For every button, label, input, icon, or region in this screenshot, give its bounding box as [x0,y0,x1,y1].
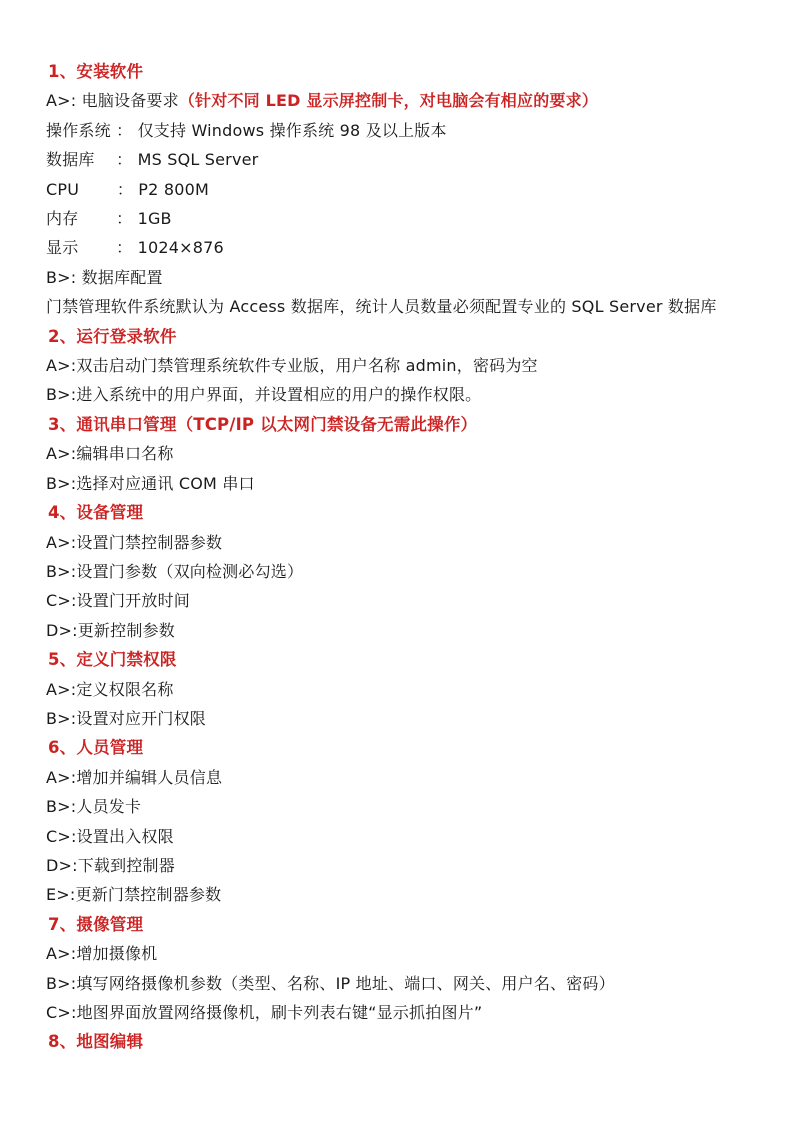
body-line: B>:设置门参数（双向检测必勾选） [46,557,758,586]
document-page: 1、安装软件A>: 电脑设备要求（针对不同 LED 显示屏控制卡，对电脑会有相应… [0,0,800,1131]
text-segment: A>:增加摄像机 [46,944,157,963]
body-line: A>: 电脑设备要求（针对不同 LED 显示屏控制卡，对电脑会有相应的要求） [46,86,758,115]
section-heading: 5、定义门禁权限 [46,645,758,674]
body-line: C>:设置出入权限 [46,822,758,851]
body-line: B>:人员发卡 [46,792,758,821]
text-segment: B>:设置门参数（双向检测必勾选） [46,562,303,581]
text-segment: 数据库 ： MS SQL Server [46,150,258,169]
text-segment: E>:更新门禁控制器参数 [46,885,221,904]
body-line: B>: 数据库配置 [46,263,758,292]
text-segment: B>:设置对应开门权限 [46,709,206,728]
body-line: A>:增加并编辑人员信息 [46,763,758,792]
text-segment: A>:增加并编辑人员信息 [46,768,222,787]
body-line: A>:定义权限名称 [46,675,758,704]
body-line: B>:设置对应开门权限 [46,704,758,733]
text-segment: B>:进入系统中的用户界面，并设置相应的用户的操作权限。 [46,385,481,404]
body-line: C>:地图界面放置网络摄像机，刷卡列表右键“显示抓拍图片” [46,998,758,1027]
text-segment: C>:地图界面放置网络摄像机，刷卡列表右键“显示抓拍图片” [46,1003,482,1022]
body-line: A>:编辑串口名称 [46,439,758,468]
body-line: A>:双击启动门禁管理系统软件专业版，用户名称 admin，密码为空 [46,351,758,380]
text-segment: 显示 ： 1024×876 [46,238,224,257]
text-segment: 内存 ： 1GB [46,209,172,228]
body-line: A>:增加摄像机 [46,939,758,968]
text-segment: C>:设置出入权限 [46,827,174,846]
body-line: C>:设置门开放时间 [46,586,758,615]
text-segment: C>:设置门开放时间 [46,591,190,610]
text-segment: CPU ： P2 800M [46,180,209,199]
body-line: E>:更新门禁控制器参数 [46,880,758,909]
body-line: 门禁管理软件系统默认为 Access 数据库，统计人员数量必须配置专业的 SQL… [46,292,758,321]
section-heading: 2、运行登录软件 [46,322,758,351]
body-line: 数据库 ： MS SQL Server [46,145,758,174]
document-body: 1、安装软件A>: 电脑设备要求（针对不同 LED 显示屏控制卡，对电脑会有相应… [0,0,800,1057]
section-heading: 7、摄像管理 [46,910,758,939]
text-segment: A>:编辑串口名称 [46,444,174,463]
text-segment: B>:选择对应通讯 COM 串口 [46,474,255,493]
body-line: B>:进入系统中的用户界面，并设置相应的用户的操作权限。 [46,380,758,409]
text-segment: B>: 数据库配置 [46,268,163,287]
text-segment: D>:下载到控制器 [46,856,175,875]
body-line: D>:下载到控制器 [46,851,758,880]
section-heading: 8、地图编辑 [46,1027,758,1056]
body-line: A>:设置门禁控制器参数 [46,528,758,557]
red-text-segment: （针对不同 LED 显示屏控制卡，对电脑会有相应的要求） [179,91,598,110]
text-segment: D>:更新控制参数 [46,621,175,640]
body-line: CPU ： P2 800M [46,175,758,204]
body-line: 显示 ： 1024×876 [46,233,758,262]
text-segment: A>: 电脑设备要求 [46,91,179,110]
section-heading: 6、人员管理 [46,733,758,762]
text-segment: A>:设置门禁控制器参数 [46,533,222,552]
body-line: B>:填写网络摄像机参数（类型、名称、IP 地址、端口、网关、用户名、密码） [46,969,758,998]
text-segment: A>:双击启动门禁管理系统软件专业版，用户名称 admin，密码为空 [46,356,538,375]
body-line: 操作系统 ： 仅支持 Windows 操作系统 98 及以上版本 [46,116,758,145]
body-line: B>:选择对应通讯 COM 串口 [46,469,758,498]
text-segment: A>:定义权限名称 [46,680,174,699]
text-segment: B>:填写网络摄像机参数（类型、名称、IP 地址、端口、网关、用户名、密码） [46,974,615,993]
section-heading: 1、安装软件 [46,57,758,86]
body-line: D>:更新控制参数 [46,616,758,645]
text-segment: B>:人员发卡 [46,797,141,816]
text-segment: 操作系统 ： 仅支持 Windows 操作系统 98 及以上版本 [46,121,447,140]
section-heading: 3、通讯串口管理（TCP/IP 以太网门禁设备无需此操作） [46,410,758,439]
body-line: 内存 ： 1GB [46,204,758,233]
section-heading: 4、设备管理 [46,498,758,527]
text-segment: 门禁管理软件系统默认为 Access 数据库，统计人员数量必须配置专业的 SQL… [46,297,717,316]
